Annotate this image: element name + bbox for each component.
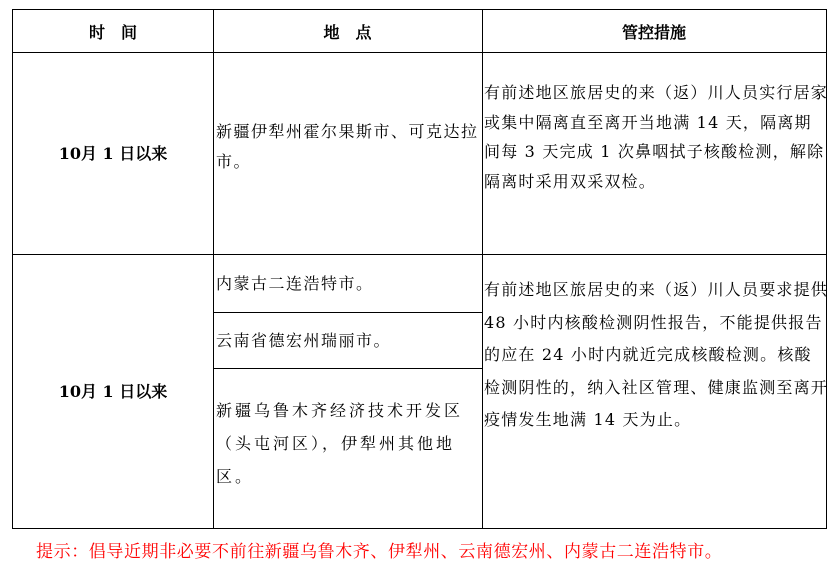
control-measures-table: 时 间 地 点 管控措施 10月 1 日以来 新疆伊犁州霍尔果斯市、可克达拉市。… — [12, 9, 827, 529]
row1-measures: 有前述地区旅居史的来（返）川人员实行居家或集中隔离直至离开当地满 14 天，隔离… — [483, 78, 828, 196]
header-location: 地 点 — [213, 10, 482, 53]
subrow-divider — [213, 368, 482, 369]
header-time: 时 间 — [13, 10, 213, 53]
row2-time: 10月 1 日以来 — [13, 255, 213, 528]
row2-location-2: 云南省德宏州瑞丽市。 — [214, 326, 482, 356]
row1-location: 新疆伊犁州霍尔果斯市、可克达拉市。 — [214, 117, 482, 176]
subrow-divider — [213, 312, 482, 313]
footer-notice: 提示：倡导近期非必要不前往新疆乌鲁木齐、伊犁州、云南德宏州、内蒙古二连浩特市。 — [36, 537, 722, 562]
header-measures: 管控措施 — [482, 10, 826, 53]
row1-time: 10月 1 日以来 — [13, 53, 213, 254]
row2-location-1: 内蒙古二连浩特市。 — [214, 269, 482, 299]
row2-measures: 有前述地区旅居史的来（返）川人员要求提供 48 小时内核酸检测阴性报告，不能提供… — [483, 274, 828, 437]
row2-location-3: 新疆乌鲁木齐经济技术开发区（头屯河区），伊犁州其他地区。 — [214, 394, 482, 493]
